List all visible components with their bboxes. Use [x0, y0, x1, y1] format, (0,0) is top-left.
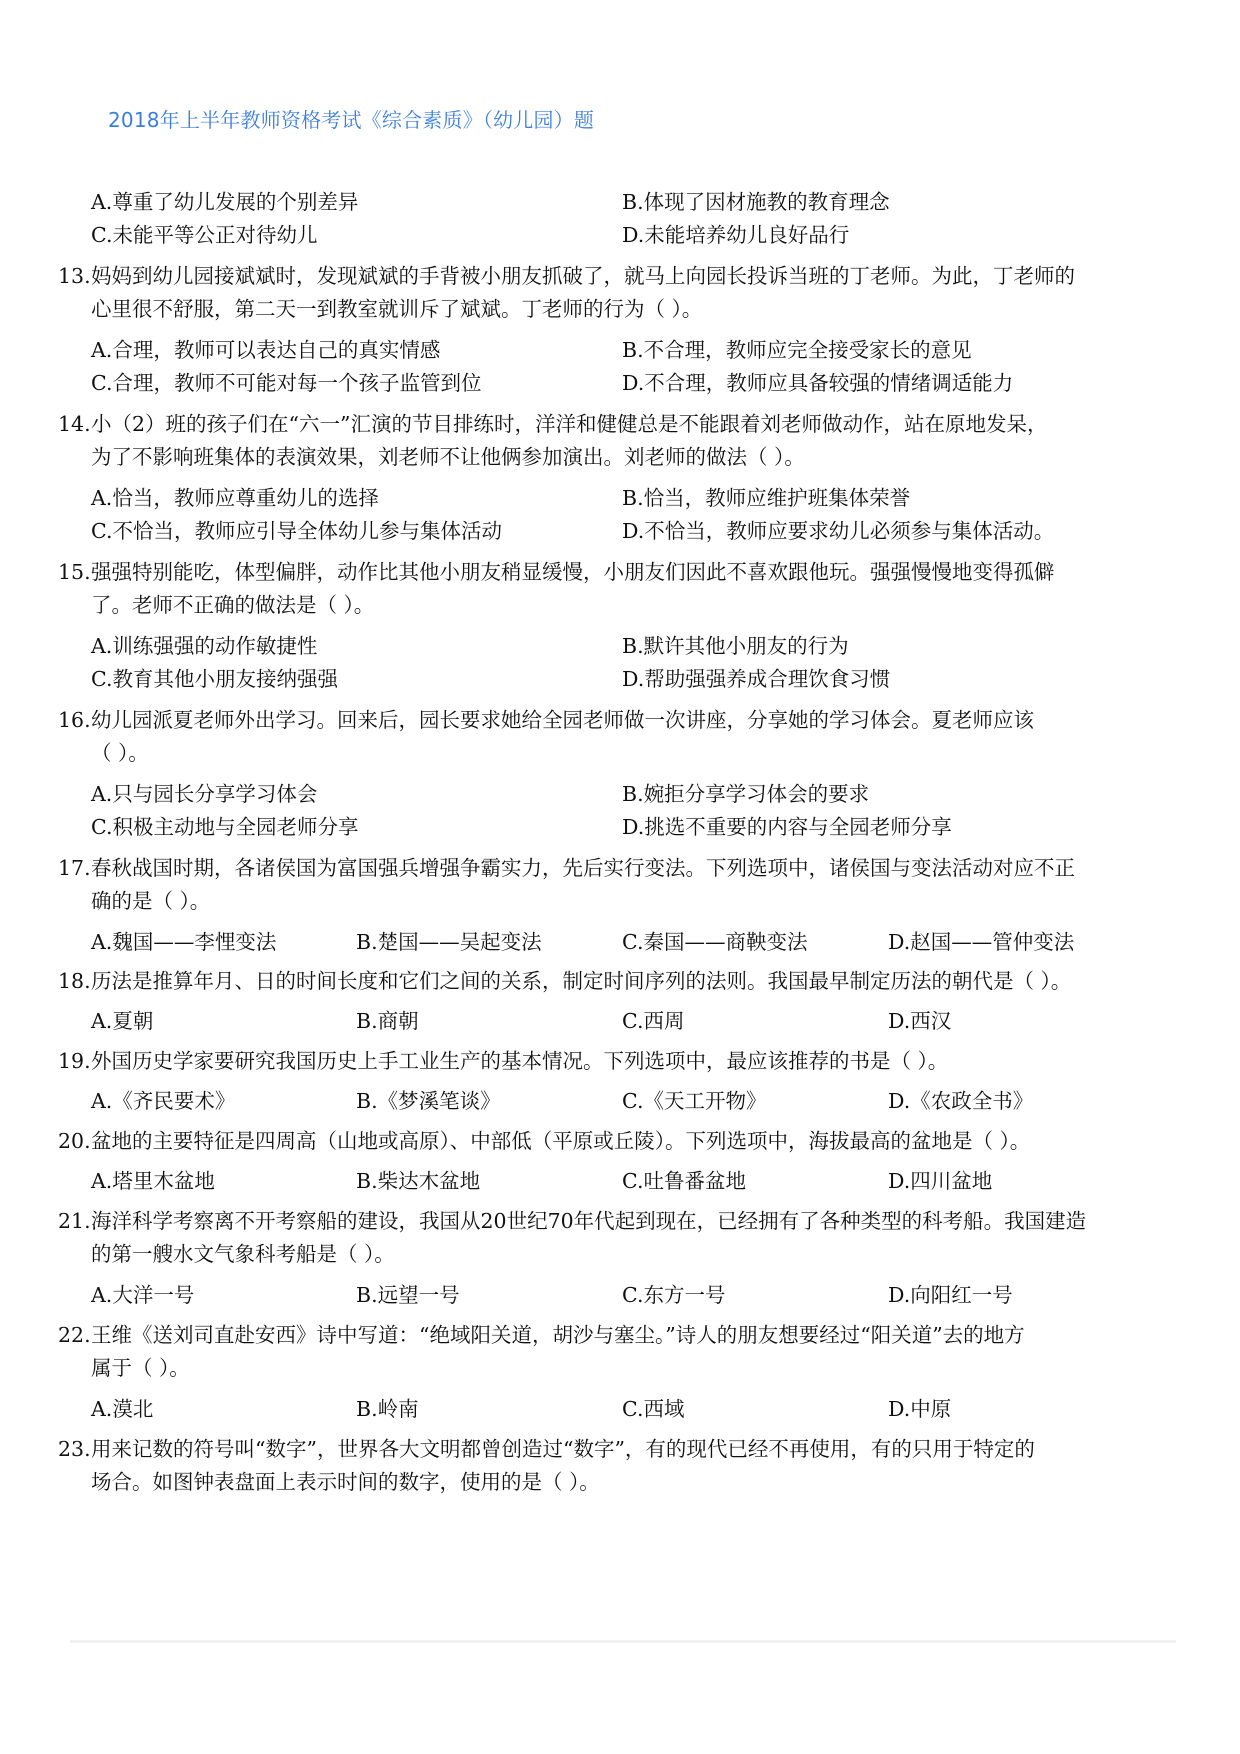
option-d: D.中原: [888, 1395, 951, 1423]
option-d: D.帮助强强养成合理饮食习惯: [622, 665, 890, 693]
question-text: 场合。如图钟表盘面上表示时间的数字，使用的是（ ）。: [91, 1468, 600, 1496]
option-a: A.只与园长分享学习体会: [91, 780, 317, 808]
option-d: D.《农政全书》: [888, 1087, 1033, 1115]
question-text: 王维《送刘司直赴安西》诗中写道：“绝域阳关道，胡沙与塞尘。”诗人的朋友想要经过“…: [91, 1321, 1025, 1349]
option-d: D.不恰当，教师应要求幼儿必须参与集体活动。: [622, 517, 1054, 545]
option-b: B.体现了因材施教的教育理念: [622, 188, 890, 216]
option-a: A.《齐民要术》: [91, 1087, 235, 1115]
question-text: 确的是（ ）。: [91, 887, 210, 915]
option-a: A.塔里木盆地: [91, 1167, 215, 1195]
option-a: A.漠北: [91, 1395, 153, 1423]
option-c: C.秦国——商鞅变法: [622, 928, 807, 956]
option-d: D.向阳红一号: [888, 1281, 1013, 1309]
option-a: A.夏朝: [91, 1007, 153, 1035]
question-text: 了。老师不正确的做法是（ ）。: [91, 591, 374, 619]
footer-divider: [70, 1640, 1176, 1643]
question-text: 春秋战国时期，各诸侯国为富国强兵增强争霸实力，先后实行变法。下列选项中，诸侯国与…: [91, 854, 1075, 882]
question-number: 20.: [58, 1127, 91, 1155]
option-c: C.积极主动地与全园老师分享: [91, 813, 358, 841]
option-c: C.吐鲁番盆地: [622, 1167, 746, 1195]
document-title: 2018年上半年教师资格考试《综合素质》（幼儿园）题: [108, 104, 594, 133]
option-c: C.教育其他小朋友接纳强强: [91, 665, 338, 693]
question-number: 19.: [58, 1047, 91, 1075]
question-number: 16.: [58, 706, 91, 734]
option-d: D.不合理，教师应具备较强的情绪调适能力: [622, 369, 1013, 397]
option-b: B.远望一号: [356, 1281, 460, 1309]
question-number: 23.: [58, 1435, 91, 1463]
question-text: 外国历史学家要研究我国历史上手工业生产的基本情况。下列选项中，最应该推荐的书是（…: [91, 1047, 948, 1075]
option-b: B.默许其他小朋友的行为: [622, 632, 849, 660]
option-a: A.训练强强的动作敏捷性: [91, 632, 317, 660]
question-text: 的第一艘水文气象科考船是（ ）。: [91, 1240, 395, 1268]
option-d: D.四川盆地: [888, 1167, 992, 1195]
question-number: 15.: [58, 558, 91, 586]
option-c: C.西周: [622, 1007, 684, 1035]
option-a: A.合理，教师可以表达自己的真实情感: [91, 336, 440, 364]
question-text: 幼儿园派夏老师外出学习。回来后，园长要求她给全园老师做一次讲座，分享她的学习体会…: [91, 706, 1034, 734]
option-c: C.不恰当，教师应引导全体幼儿参与集体活动: [91, 517, 502, 545]
option-a: A.魏国——李悝变法: [91, 928, 276, 956]
option-b: B.楚国——吴起变法: [356, 928, 542, 956]
question-text: 小（2）班的孩子们在“六一”汇演的节目排练时，洋洋和健健总是不能跟着刘老师做动作…: [91, 410, 1048, 438]
question-text: 为了不影响班集体的表演效果，刘老师不让他俩参加演出。刘老师的做法（ ）。: [91, 443, 805, 471]
option-b: B.商朝: [356, 1007, 419, 1035]
option-b: B.岭南: [356, 1395, 419, 1423]
question-number: 21.: [58, 1207, 91, 1235]
option-b: B.《梦溪笔谈》: [356, 1087, 501, 1115]
option-b: B.不合理，教师应完全接受家长的意见: [622, 336, 972, 364]
option-c: C.西域: [622, 1395, 684, 1423]
question-text: 妈妈到幼儿园接斌斌时，发现斌斌的手背被小朋友抓破了，就马上向园长投诉当班的丁老师…: [91, 262, 1075, 290]
question-text: 用来记数的符号叫“数字”，世界各大文明都曾创造过“数字”，有的现代已经不再使用，…: [91, 1435, 1035, 1463]
option-d: D.西汉: [888, 1007, 951, 1035]
option-d: D.挑选不重要的内容与全园老师分享: [622, 813, 952, 841]
option-a: A.大洋一号: [91, 1281, 194, 1309]
question-text: 海洋科学考察离不开考察船的建设，我国从20世纪70年代起到现在，已经拥有了各种类…: [91, 1207, 1086, 1235]
question-number: 14.: [58, 410, 91, 438]
option-b: B.婉拒分享学习体会的要求: [622, 780, 869, 808]
question-text: 属于（ ）。: [91, 1354, 190, 1382]
option-d: D.赵国——管仲变法: [888, 928, 1074, 956]
question-text: 盆地的主要特征是四周高（山地或高原）、中部低（平原或丘陵）。下列选项中，海拔最高…: [91, 1127, 1030, 1155]
option-d: D.未能培养幼儿良好品行: [622, 221, 849, 249]
option-b: B.柴达木盆地: [356, 1167, 480, 1195]
option-a: A.尊重了幼儿发展的个别差异: [91, 188, 358, 216]
question-number: 13.: [58, 262, 91, 290]
question-text: 强强特别能吃，体型偏胖，动作比其他小朋友稍显缓慢，小朋友们因此不喜欢跟他玩。强强…: [91, 558, 1055, 586]
question-text: 心里很不舒服，第二天一到教室就训斥了斌斌。丁老师的行为（ ）。: [91, 295, 702, 323]
question-text: 历法是推算年月、日的时间长度和它们之间的关系，制定时间序列的法则。我国最早制定历…: [91, 967, 1071, 995]
question-text: （ ）。: [91, 739, 149, 767]
option-c: C.《天工开物》: [622, 1087, 766, 1115]
option-c: C.合理，教师不可能对每一个孩子监管到位: [91, 369, 481, 397]
option-c: C.东方一号: [622, 1281, 725, 1309]
option-c: C.未能平等公正对待幼儿: [91, 221, 317, 249]
option-a: A.恰当，教师应尊重幼儿的选择: [91, 484, 379, 512]
question-number: 17.: [58, 854, 91, 882]
option-b: B.恰当，教师应维护班集体荣誉: [622, 484, 910, 512]
question-number: 22.: [58, 1321, 91, 1349]
question-number: 18.: [58, 967, 91, 995]
